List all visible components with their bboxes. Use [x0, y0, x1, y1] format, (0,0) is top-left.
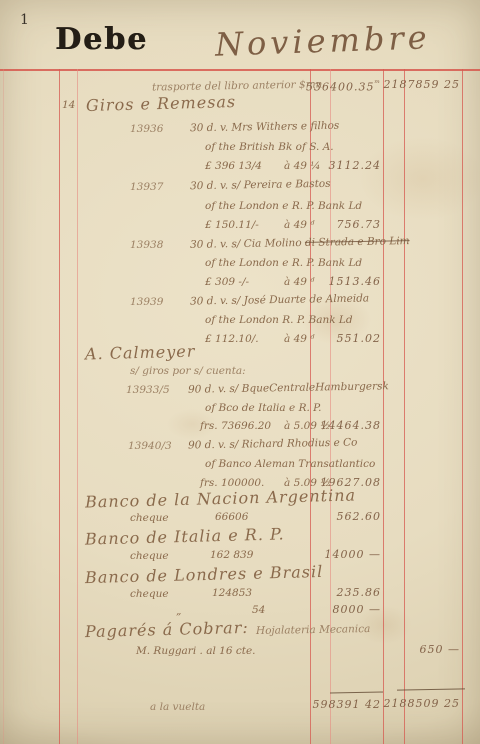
bill-amount: £ 150.11/- [205, 219, 259, 231]
bill-desc: 30 d. v. Mrs Withers e filhos [190, 120, 339, 135]
section-title-banco-londres: Banco de Londres e Brasil [85, 562, 324, 587]
bill-no: 13939 [130, 296, 163, 308]
calmeyer-subtitle: s/ giros por s/ cuenta: [130, 365, 246, 377]
total-col1: 598391 42 [313, 698, 382, 711]
cheque-label: cheque [130, 588, 169, 600]
bill-value: 756.73 [337, 218, 382, 231]
cheque-number: 66606 [215, 511, 248, 523]
bill-bank: of the London e R. P. Bank Ld [205, 257, 362, 269]
carry-forward-amount-col2: 2187859 25 [384, 78, 460, 91]
bill-amount: frs. 73696.20 [200, 420, 271, 432]
cheque-number: 54 [252, 604, 265, 616]
bill-bank: of Bco de Italia e R. P. [205, 402, 321, 414]
bill-bank: of Banco Aleman Transatlantico [205, 458, 375, 470]
cheque-value: 8000 — [333, 603, 382, 616]
section-title-pagares: Pagarés á Cobrar: [85, 618, 249, 641]
bill-rate: à 49 ᵈ [284, 219, 315, 231]
bill-rate: à 49 ᵈ [284, 276, 315, 288]
margin-rule-day-left [59, 69, 60, 744]
bill-no: 13933/5 [126, 384, 170, 396]
bill-value: 1513.46 [329, 275, 382, 288]
bill-desc: 90 d. v. s/ Richard Rhodius e Co [188, 437, 358, 452]
bill-amount: £ 309 -/- [205, 276, 249, 288]
footer-label: a la vuelta [150, 701, 205, 713]
section-title-banco-nacion: Banco de la Nacion Argentina [85, 485, 356, 511]
cheque-label: cheque [130, 512, 169, 524]
margin-rule-left-edge [3, 69, 4, 744]
bill-no: 13940/3 [128, 440, 172, 452]
bill-desc: 30 d. v. s/ Pereira e Bastos [190, 178, 331, 192]
carry-col1-mark: ᵐ [374, 79, 381, 89]
section-title-banco-italia: Banco de Italia e R. P. [85, 524, 285, 548]
bill-value: 551.02 [337, 332, 382, 345]
ledger-side-heading: Debe [55, 22, 148, 57]
bill-desc: 30 d. v. s/ José Duarte de Almeida [190, 292, 369, 307]
margin-rule-day-right [77, 69, 78, 744]
total-rule-col2 [397, 688, 465, 690]
total-rule-col1 [330, 692, 383, 694]
bill-no: 13936 [130, 123, 163, 135]
bill-amount: £ 396 13/4 [205, 160, 262, 172]
pagares-detail: M. Ruggari . al 16 cte. [136, 645, 256, 657]
bill-no: 13938 [130, 239, 163, 251]
bill-desc-kept: 30 d. v. s/ Cia Molino [190, 237, 302, 251]
bill-bank: of the London R. P. Bank Ld [205, 314, 353, 326]
bill-desc-struck: di Strada e Bro Lim [305, 235, 410, 249]
carry-forward-label: trasporte del libro anterior $mn [152, 79, 323, 94]
ditto-mark: „ [176, 605, 181, 617]
total-col2: 2188509 25 [384, 697, 460, 710]
header-rule-line [0, 69, 480, 71]
bill-amount: £ 112.10/. [205, 333, 259, 345]
bill-bank: of the British Bk of S. A. [205, 141, 334, 153]
bill-rate: à 49 ᵈ [284, 333, 315, 345]
month-heading: Noviembre [214, 18, 431, 64]
day-number: 14 [62, 99, 75, 111]
amount-col2-rule-b [404, 69, 405, 744]
bill-desc: 30 d. v. s/ Cia Molino di Strada e Bro L… [190, 235, 410, 251]
ledger-page: 1 Debe Noviembre trasporte del libro ant… [0, 0, 480, 744]
pagares-annex: Hojalateria Mecanica [256, 623, 371, 637]
carry-col1-value: 536400.35 [306, 81, 375, 94]
section-title-giros: Giros e Remesas [86, 92, 237, 115]
bill-bank: of the London e R. P. Bank Ld [205, 200, 362, 212]
cheque-number: 162 839 [210, 549, 253, 561]
bill-desc: 90 d. v. s/ BqueCentraleHamburgersk [188, 380, 389, 396]
cheque-value: 14000 — [325, 548, 382, 561]
carry-forward-amount-col1: 536400.35ᵐ [306, 79, 381, 94]
cheque-number: 124853 [212, 587, 252, 599]
bill-value: 14464.38 [321, 419, 382, 432]
bill-no: 13937 [130, 181, 163, 193]
cheque-value: 562.60 [337, 510, 382, 523]
section-title-calmeyer: A. Calmeyer [85, 342, 196, 364]
bill-value: 3112.24 [329, 159, 382, 172]
bill-rate: à 49 ¼ [284, 160, 320, 172]
right-rule [462, 69, 463, 744]
amount-col2-rule-a [383, 69, 384, 744]
cheque-value: 235.86 [337, 586, 382, 599]
page-number: 1 [20, 12, 29, 28]
pagares-value: 650 — [420, 643, 461, 656]
cheque-label: cheque [130, 550, 169, 562]
